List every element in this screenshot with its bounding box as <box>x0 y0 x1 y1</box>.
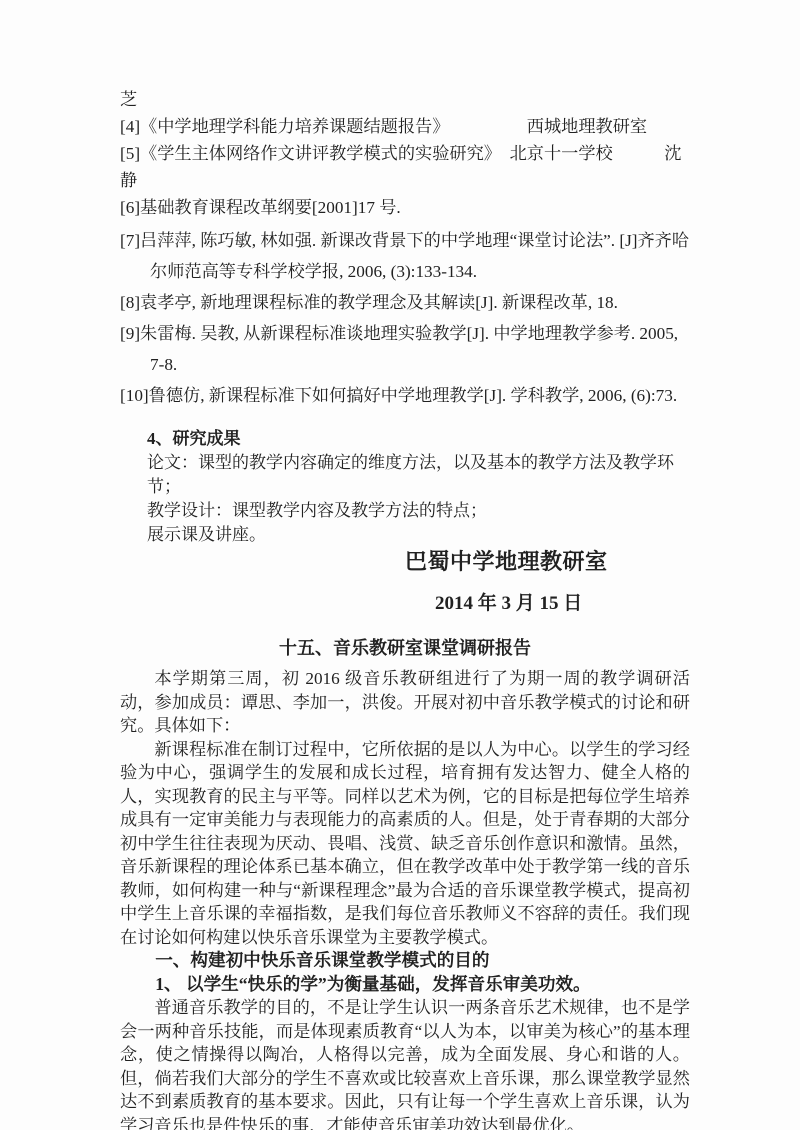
report-paragraph-aesthetics: 普通音乐教学的目的，不是让学生认识一两条音乐艺术规律，也不是学会一两种音乐技能，… <box>120 996 690 1130</box>
reference-item-5: [5]《学生主体网络作文讲评教学模式的实验研究》 北京十一学校 沈静 <box>120 140 690 194</box>
reference-item-9: [9]朱雷梅. 吴教, 从新课程标准谈地理实验教学[J]. 中学地理教学参考. … <box>120 318 690 349</box>
document-page: 芝 [4]《中学地理学科能力培养课题结题报告》 西城地理教研室 [5]《学生主体… <box>0 0 800 1130</box>
report-paragraph-intro: 本学期第三周，初 2016 级音乐教研组进行了为期一周的教学调研活动，参加成员：… <box>120 667 690 738</box>
reference-item-8: [8]袁孝亭, 新地理课程标准的教学理念及其解读[J]. 新课程改革, 18. <box>120 287 690 318</box>
references-list-top: 芝 [4]《中学地理学科能力培养课题结题报告》 西城地理教研室 [5]《学生主体… <box>120 86 690 221</box>
reference-item-10: [10]鲁德仿, 新课程标准下如何搞好中学地理教学[J]. 学科教学, 2006… <box>120 380 690 411</box>
report-paragraph-curriculum: 新课程标准在制订过程中，它所依据的是以人为中心。以学生的学习经验为中心，强调学生… <box>120 738 690 950</box>
reference-item-7: [7]吕萍萍, 陈巧敏, 林如强. 新课改背景下的中学地理“课堂讨论法”. [J… <box>120 225 690 256</box>
reference-item-6: [6]基础教育课程改革纲要[2001]17 号. <box>120 194 690 221</box>
section-heading-1: 一、构建初中快乐音乐课堂教学模式的目的 <box>120 949 690 973</box>
research-results-line-design: 教学设计：课型教学内容及教学方法的特点； <box>147 499 690 523</box>
reference-item-4: [4]《中学地理学科能力培养课题结题报告》 西城地理教研室 <box>120 113 690 140</box>
research-results-line-thesis: 论文：课型的教学内容确定的维度方法，以及基本的教学方法及教学环节； <box>147 451 690 499</box>
stray-text: 芝 <box>120 86 690 113</box>
report-title: 十五、音乐教研室课堂调研报告 <box>120 636 690 660</box>
reference-item-9-continued: 7-8. <box>120 349 690 380</box>
research-results-section: 4、研究成果 论文：课型的教学内容确定的维度方法，以及基本的教学方法及教学环节；… <box>147 427 690 547</box>
report-section: 十五、音乐教研室课堂调研报告 本学期第三周，初 2016 级音乐教研组进行了为期… <box>120 636 690 1130</box>
research-results-heading: 4、研究成果 <box>147 427 690 451</box>
document-date: 2014 年 3 月 15 日 <box>120 592 690 616</box>
reference-item-7-continued: 尔师范高等专科学校学报, 2006, (3):133-134. <box>120 256 690 287</box>
signature-line: 巴蜀中学地理教研室 <box>120 549 690 575</box>
references-list-bottom: [7]吕萍萍, 陈巧敏, 林如强. 新课改背景下的中学地理“课堂讨论法”. [J… <box>120 225 690 411</box>
research-results-line-lecture: 展示课及讲座。 <box>147 523 690 547</box>
subsection-heading-1-1: 1、 以学生“快乐的学”为衡量基础，发挥音乐审美功效。 <box>120 973 690 997</box>
